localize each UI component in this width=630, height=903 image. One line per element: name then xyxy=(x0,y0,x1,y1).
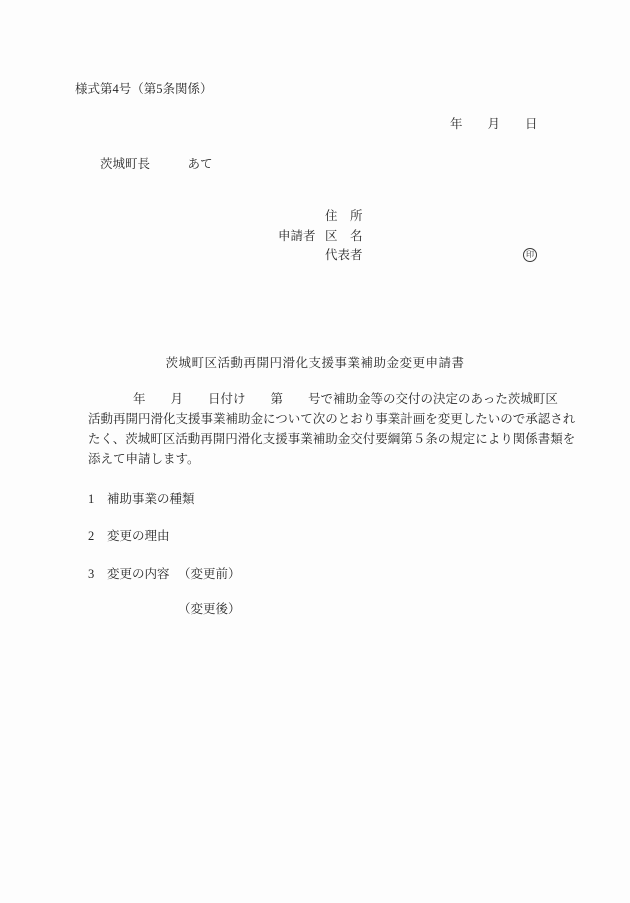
item-number: 3 xyxy=(88,568,107,582)
form-number-label: 様式第4号（第5条関係） xyxy=(75,83,213,97)
body-line: 年 月 日付け 第 号で補助金等の交付の決定のあった茨城町区 xyxy=(88,389,580,409)
applicant-district-label: 区 名 xyxy=(325,230,363,244)
change-after-label: （変更後） xyxy=(178,603,241,617)
item-label: 変更の理由 xyxy=(107,530,170,544)
list-item-subsidy-type: 1 補助事業の種類 xyxy=(88,493,195,507)
applicant-representative-label: 代表者 xyxy=(325,249,363,263)
list-item-change-content: 3 変更の内容 xyxy=(88,568,170,582)
item-number: 1 xyxy=(88,493,107,507)
change-before-label: （変更前） xyxy=(178,568,241,582)
body-line: たく、茨城町区活動再開円滑化支援事業補助金交付要綱第５条の規定により関係書類を xyxy=(88,429,580,449)
body-line: 活動再開円滑化支援事業補助金について次のとおり事業計画を変更したいので承認され xyxy=(88,409,580,429)
item-label: 変更の内容 xyxy=(107,568,170,582)
document-page: 様式第4号（第5条関係） 年 月 日 茨城町長 あて 住 所 申請者 区 名 代… xyxy=(0,0,630,903)
body-line: 添えて申請します。 xyxy=(88,449,580,469)
addressee-line: 茨城町長 あて xyxy=(100,158,213,172)
item-number: 2 xyxy=(88,530,107,544)
document-title: 茨城町区活動再開円滑化支援事業補助金変更申請書 xyxy=(0,357,630,371)
applicant-address-label: 住 所 xyxy=(325,210,363,224)
applicant-group-label: 申請者 xyxy=(278,230,316,244)
date-line: 年 月 日 xyxy=(450,118,538,132)
list-item-change-reason: 2 変更の理由 xyxy=(88,530,170,544)
seal-stamp-icon: 印 xyxy=(523,248,537,262)
body-paragraph: 年 月 日付け 第 号で補助金等の交付の決定のあった茨城町区 活動再開円滑化支援… xyxy=(88,389,580,469)
item-label: 補助事業の種類 xyxy=(107,493,195,507)
